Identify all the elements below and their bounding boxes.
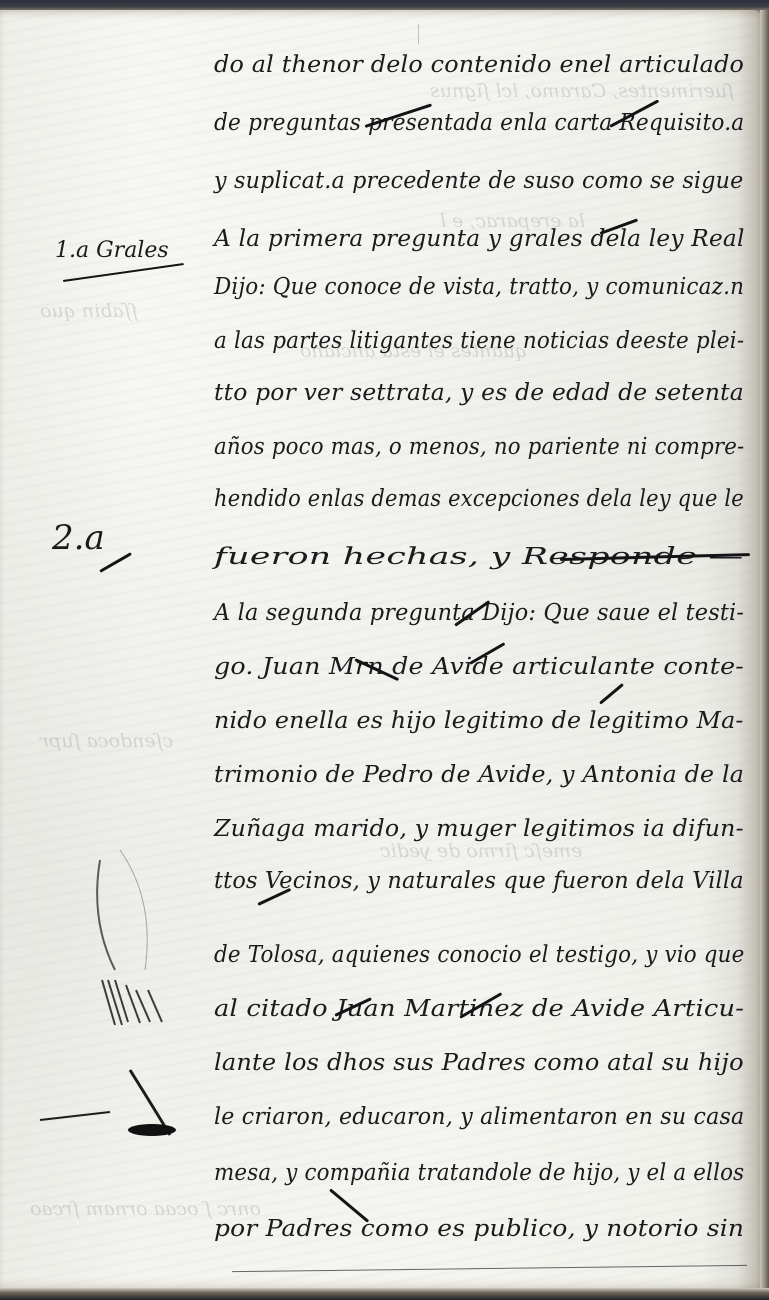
manuscript-line-16: ttos Vecinos, y naturales que fueron del… xyxy=(214,868,744,894)
manuscript-line-14: trimonio de Pedro de Avide, y Antonia de… xyxy=(214,762,744,788)
manuscript-line-20: le criaron, educaron, y alimentaron en s… xyxy=(214,1104,744,1130)
page-bottom-edge xyxy=(0,1288,769,1300)
manuscript-line-17: de Tolosa, aquienes conocio el testigo, … xyxy=(214,942,744,968)
manuscript-line-7: tto por ver settrata, y es de edad de se… xyxy=(214,380,744,406)
manuscript-line-13: nido enella es hijo legitimo de legitimo… xyxy=(214,708,744,734)
manuscript-line-9: hendido enlas demas excepciones dela ley… xyxy=(214,486,744,512)
manuscript-line-19: lante los dhos sus Padres como atal su h… xyxy=(214,1050,744,1076)
manuscript-line-21: mesa, y compañia tratandole de hijo, y e… xyxy=(214,1160,744,1186)
manuscript-line-1: do al thenor delo contenido enel articul… xyxy=(214,52,744,78)
manuscript-page: ſuerimentes, Caramo, lcl ſignus la erepa… xyxy=(0,10,760,1292)
pen-trial-marks xyxy=(60,840,210,1140)
margin-note-segunda: 2.a xyxy=(52,518,105,558)
underline-flourish xyxy=(63,263,184,282)
manuscript-line-11: A la segunda pregunta Dijo: Que saue el … xyxy=(214,600,744,626)
manuscript-line-3: y suplicat.a precedente de suso como se … xyxy=(214,168,743,194)
bleed-through-text: cſendoca ſupr xyxy=(40,730,173,752)
ink-stroke xyxy=(599,683,624,705)
manuscript-line-22: por Padres como es publico, y notorio si… xyxy=(214,1216,744,1242)
manuscript-line-2: de preguntas presentada enla carta Requi… xyxy=(214,110,744,136)
manuscript-line-8: años poco mas, o menos, no pariente ni c… xyxy=(214,434,744,460)
closing-rule xyxy=(232,1265,747,1272)
manuscript-line-18: al citado Juan Martinez de Avide Articu- xyxy=(214,996,744,1022)
manuscript-line-6: a las partes litigantes tiene noticias d… xyxy=(214,328,744,354)
manuscript-line-5: Dijo: Que conoce de vista, tratto, y com… xyxy=(214,274,744,300)
manuscript-line-4: A la primera pregunta y grales dela ley … xyxy=(214,226,745,252)
bleed-through-text: ſſabin quo xyxy=(40,300,138,322)
fold-line xyxy=(418,24,419,44)
margin-note-generales: 1.a Grales xyxy=(55,238,169,263)
bleed-through-text: ſuerimentes, Caramo, lcl ſignus xyxy=(430,80,734,102)
manuscript-line-15: Zuñaga marido, y muger legitimos ia difu… xyxy=(214,816,744,842)
page-right-edge xyxy=(760,10,769,1292)
bleed-through-text: emeſc ſirmo de yedic xyxy=(380,840,582,862)
